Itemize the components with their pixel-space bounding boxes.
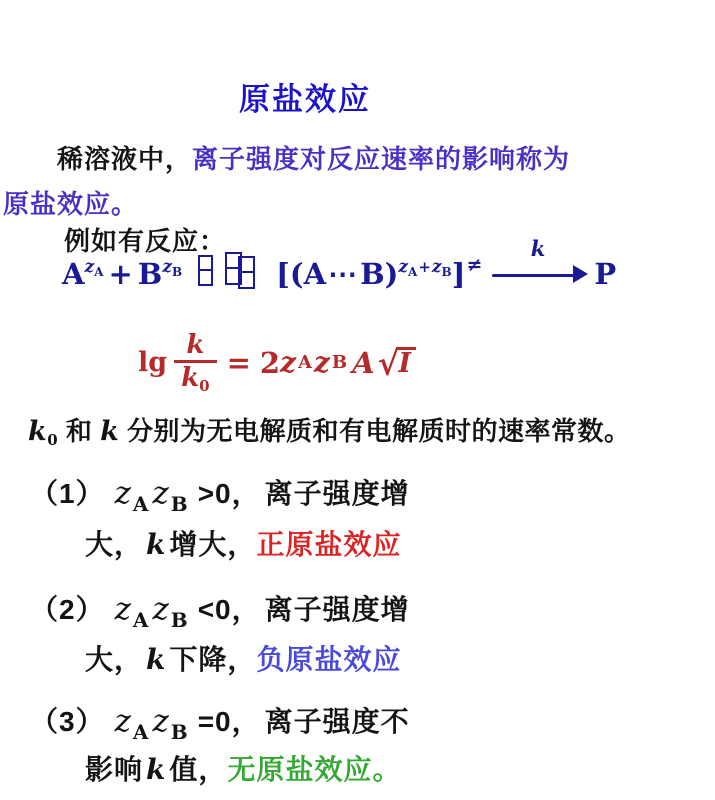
item-1-line-1: （1）zAzB>0，离子强度增 [30,472,410,516]
charge-sum: zA+zB [398,257,451,277]
reactant-b: B [138,257,163,291]
reaction-arrow-icon: k [492,253,588,287]
item-number: （1） [30,478,105,509]
rate-constant-label: k [531,238,546,259]
item-number: （2） [30,594,105,625]
zazb-math: zAzB [115,593,192,626]
z-b: z [314,346,330,379]
k-symbol: k [146,528,166,561]
intro-line-1: 稀溶液中，离子强度对反应速率的影响称为 [57,139,570,176]
item-1-line-2: 大，k增大，正原盐效应 [85,523,401,563]
effect-phrase: 无原盐效应。 [227,754,401,785]
intro-highlight-text: 离子强度对反应速率的影响称为 [192,144,570,174]
tofu-box-icon [198,255,213,286]
transition-state-mark: ≠ [466,254,482,276]
k0-symbol: k [28,416,47,447]
close-paren: ) [385,257,399,291]
item-3-line-1: （3）zAzB=0，离子强度不 [30,700,410,744]
complex-a: A [304,257,327,291]
charge-zb: zB [162,257,182,277]
tofu-box-icon [238,256,255,289]
fraction-denominator: k0 [174,360,216,395]
zazb-math: zAzB [115,477,192,510]
fraction-numerator: k [177,331,213,360]
complex-b: B [360,257,385,291]
effect-phrase: 负原盐效应 [256,644,401,675]
reaction-equation: AzA+BzB[(A⋯B)zA+zB]≠kP [62,252,616,296]
effect-phrase: 正原盐效应 [256,529,401,560]
lecture-slide: 原盐效应 稀溶液中，离子强度对反应速率的影响称为 原盐效应。 例如有反应： Az… [0,0,715,800]
k-symbol: k [100,416,119,447]
intro-lead-text: 稀溶液中， [57,144,192,174]
cdots: ⋯ [328,257,358,291]
zazb-math: zAzB [115,705,192,738]
relation-text: =0， [198,706,261,737]
k-over-k0-fraction: k k0 [174,331,216,395]
k-symbol: k [146,643,166,676]
item-2-line-1: （2）zAzB<0，离子强度增 [30,588,410,632]
rate-constants-note: k0 和 k 分别为无电解质和有电解质时的速率常数。 [28,411,631,449]
item-2-line-2: 大，k下降，负原盐效应 [85,638,401,678]
rate-formula: lg k k0 = 2 zA zB A √I [138,331,416,395]
radical-sign: √ [378,344,400,383]
open-bracket-paren: [( [276,257,303,291]
missing-glyph-boxes [198,252,262,289]
item-number: （3） [30,706,105,737]
equals-sign: = [227,346,251,380]
lg-operator: lg [138,347,167,378]
close-bracket: ] [452,257,466,291]
k-symbol: k [146,753,166,786]
debye-constant-a: A [352,346,375,380]
reactant-a: A [62,257,85,291]
product-p: P [594,257,616,291]
coefficient-2: 2 [260,346,280,380]
item-3-line-2: 影响k值，无原盐效应。 [85,748,401,788]
plus-sign: + [108,257,132,291]
relation-text: >0， [198,478,261,509]
intro-line-2: 原盐效应。 [3,184,138,221]
page-title: 原盐效应 [0,74,610,119]
relation-text: <0， [198,594,261,625]
z-a: z [280,346,296,379]
charge-za: zA [85,257,104,277]
